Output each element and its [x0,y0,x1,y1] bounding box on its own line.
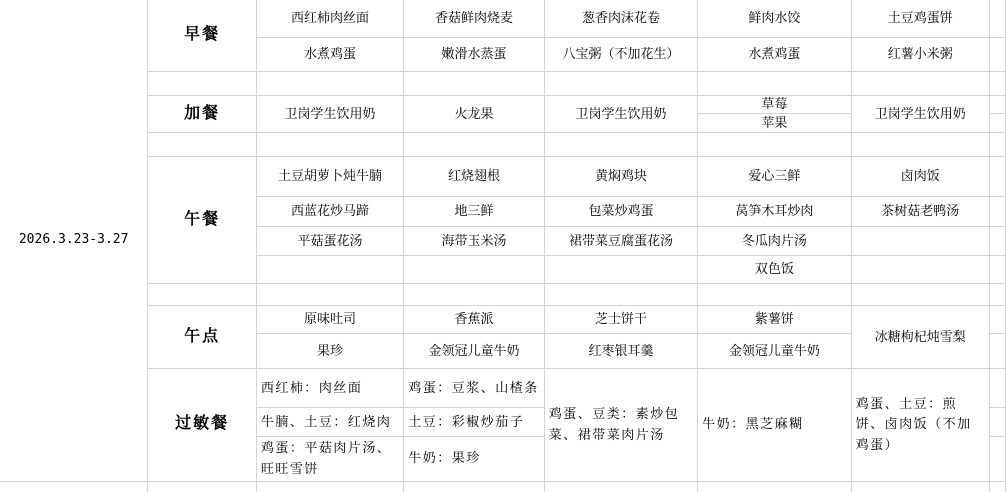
empty-cell [990,197,1006,227]
menu-cell: 鸡蛋：豆浆、山楂条 [404,369,544,408]
empty-cell [698,284,851,306]
empty-cell [544,256,697,284]
empty-cell [148,133,257,157]
menu-cell: 金领冠儿童牛奶 [404,334,544,369]
empty-cell [256,481,403,492]
empty-cell [256,284,403,306]
empty-cell [256,72,403,96]
menu-cell: 包菜炒鸡蛋 [544,197,697,227]
menu-cell: 红薯小米粥 [851,38,989,72]
empty-cell [990,157,1006,197]
menu-cell: 水煮鸡蛋 [698,38,851,72]
empty-cell [404,481,544,492]
empty-cell [544,72,697,96]
menu-cell: 红枣银耳羹 [544,334,697,369]
menu-cell: 冬瓜肉片汤 [698,227,851,256]
section-label-afternoon-snack: 午点 [148,306,257,369]
menu-cell: 裙带菜豆腐蛋花汤 [544,227,697,256]
empty-cell [990,256,1006,284]
empty-cell [990,408,1006,437]
menu-cell: 土豆鸡蛋饼 [851,0,989,38]
menu-cell: 果珍 [256,334,403,369]
empty-cell [404,133,544,157]
menu-cell: 卤肉饭 [851,157,989,197]
menu-cell: 平菇蛋花汤 [256,227,403,256]
empty-cell [990,227,1006,256]
empty-cell [990,334,1006,369]
menu-cell: 香菇鲜肉烧麦 [404,0,544,38]
empty-cell [851,133,989,157]
menu-cell: 冰糖枸杞炖雪梨 [851,306,989,369]
menu-cell: 西红柿：肉丝面 [256,369,403,408]
section-label-morning-snack: 加餐 [148,96,257,133]
menu-cell: 芝士饼干 [544,306,697,334]
menu-cell: 水煮鸡蛋 [256,38,403,72]
empty-cell [990,96,1006,114]
empty-cell [698,72,851,96]
empty-cell [990,38,1006,72]
section-label-lunch: 午餐 [148,157,257,284]
section-label-breakfast: 早餐 [148,0,257,72]
menu-cell: 金领冠儿童牛奶 [698,334,851,369]
empty-cell [544,133,697,157]
menu-cell: 苹果 [698,114,851,133]
empty-cell [851,227,989,256]
menu-cell: 莴笋木耳炒肉 [698,197,851,227]
empty-cell [698,481,851,492]
menu-cell: 火龙果 [404,96,544,133]
section-label-allergy: 过敏餐 [148,369,257,482]
menu-cell: 海带玉米汤 [404,227,544,256]
menu-cell: 西蓝花炒马蹄 [256,197,403,227]
menu-cell: 土豆胡萝卜炖牛腩 [256,157,403,197]
empty-cell [990,306,1006,334]
menu-cell: 牛奶：黑芝麻糊 [698,369,851,482]
menu-cell: 爱心三鲜 [698,157,851,197]
empty-cell [990,481,1006,492]
empty-cell [990,0,1006,38]
menu-cell: 八宝粥（不加花生） [544,38,697,72]
menu-cell: 紫薯饼 [698,306,851,334]
empty-cell [0,481,148,492]
menu-cell: 原味吐司 [256,306,403,334]
empty-cell [256,256,403,284]
menu-cell: 卫岗学生饮用奶 [256,96,403,133]
menu-cell: 鲜肉水饺 [698,0,851,38]
empty-cell [851,284,989,306]
empty-cell [990,437,1006,482]
empty-cell [148,284,257,306]
menu-cell: 鸡蛋、土豆：煎饼、卤肉饭（不加鸡蛋） [851,369,989,482]
menu-cell: 牛奶：果珍 [404,437,544,482]
weekly-menu-sheet: 2026.3.23-3.27 早餐 西红柿肉丝面 香菇鲜肉烧麦 葱香肉沫花卷 鲜… [0,0,1007,492]
empty-cell [851,481,989,492]
menu-cell: 黄焖鸡块 [544,157,697,197]
empty-cell [404,284,544,306]
menu-cell: 嫩滑水蒸蛋 [404,38,544,72]
menu-cell: 牛腩、土豆：红烧肉 [256,408,403,437]
menu-cell: 西红柿肉丝面 [256,0,403,38]
menu-cell: 草莓 [698,96,851,114]
empty-cell [544,284,697,306]
empty-cell [698,133,851,157]
empty-cell [990,369,1006,408]
menu-table: 2026.3.23-3.27 早餐 西红柿肉丝面 香菇鲜肉烧麦 葱香肉沫花卷 鲜… [0,0,1006,492]
empty-cell [851,72,989,96]
empty-cell [990,72,1006,96]
menu-cell: 双色饭 [698,256,851,284]
empty-cell [256,133,403,157]
empty-cell [148,72,257,96]
menu-cell: 土豆：彩椒炒茄子 [404,408,544,437]
empty-cell [544,481,697,492]
empty-cell [851,256,989,284]
empty-cell [404,72,544,96]
date-range-cell: 2026.3.23-3.27 [0,0,148,481]
empty-cell [404,256,544,284]
menu-cell: 卫岗学生饮用奶 [544,96,697,133]
menu-cell: 红烧翅根 [404,157,544,197]
menu-cell: 地三鲜 [404,197,544,227]
menu-cell: 卫岗学生饮用奶 [851,96,989,133]
empty-cell [990,114,1006,133]
menu-cell: 鸡蛋、豆类：素炒包菜、裙带菜肉片汤 [544,369,697,482]
menu-cell: 鸡蛋：平菇肉片汤、旺旺雪饼 [256,437,403,482]
empty-cell [148,481,257,492]
menu-cell: 香蕉派 [404,306,544,334]
empty-cell [990,284,1006,306]
menu-cell: 葱香肉沫花卷 [544,0,697,38]
empty-cell [990,133,1006,157]
menu-cell: 茶树菇老鸭汤 [851,197,989,227]
